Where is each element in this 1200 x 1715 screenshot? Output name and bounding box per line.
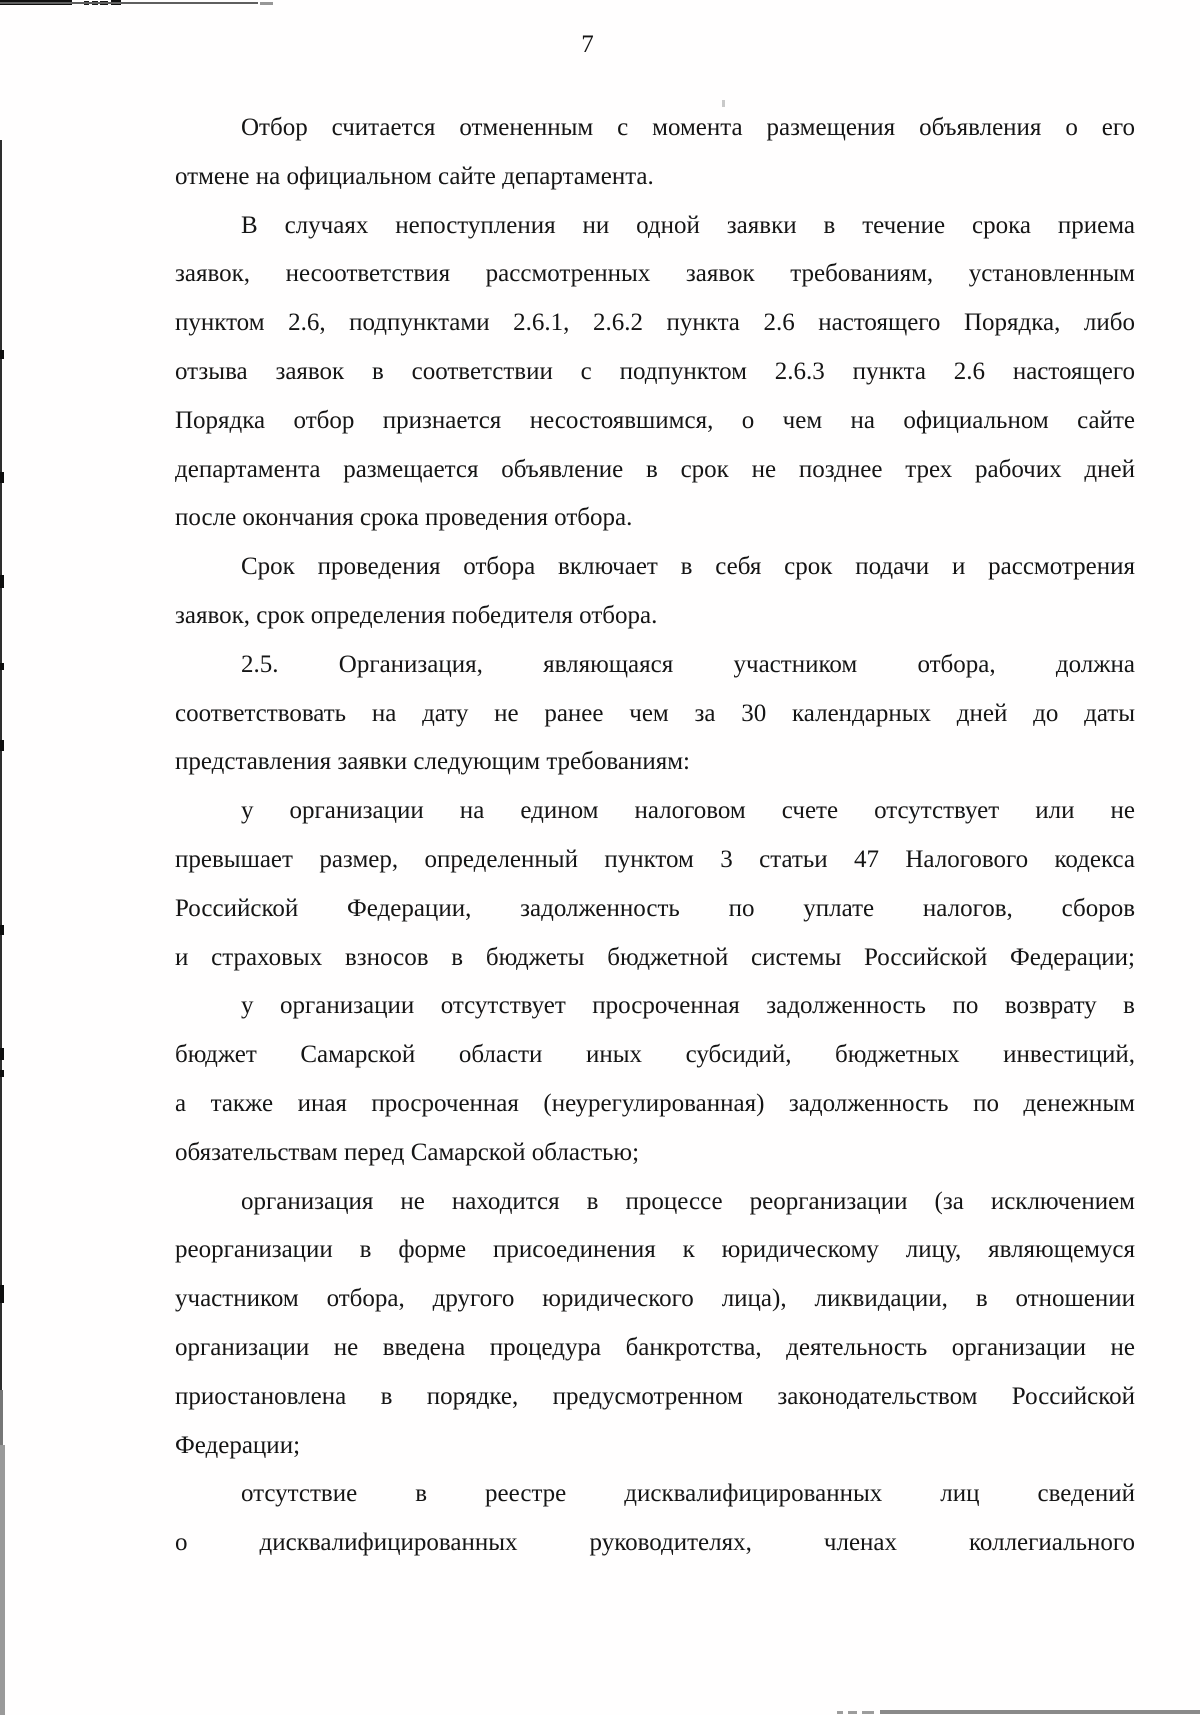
text-line: отмене на официальном сайте департамента… — [175, 153, 1135, 202]
text-line: Российской Федерации, задолженность по у… — [175, 885, 1135, 934]
scan-artifact-blob — [0, 663, 4, 670]
text-line: отсутствие в реестре дисквалифицированны… — [175, 1470, 1135, 1519]
scan-artifact-blob — [0, 350, 4, 359]
text-line: заявок, срок определения победителя отбо… — [175, 592, 1135, 641]
text-line: о дисквалифицированных руководителях, чл… — [175, 1519, 1135, 1568]
scan-artifact-blob — [0, 472, 4, 483]
scan-artifact-left-edge — [0, 1445, 5, 1715]
scan-artifact-bottom-line — [880, 1710, 1200, 1714]
page-background: 7 Отбор считается отмененным с момента р… — [0, 0, 1200, 1715]
scan-artifact-bottom-dash — [837, 1711, 843, 1714]
text-line: после окончания срока проведения отбора. — [175, 494, 1135, 543]
paragraph: Отбор считается отмененным с момента раз… — [175, 104, 1135, 202]
text-line: реорганизации в форме присоединения к юр… — [175, 1226, 1135, 1275]
paragraph: у организации отсутствует просроченная з… — [175, 982, 1135, 1177]
scanned-document-page: { "page": { "number": "7" }, "colors": {… — [0, 0, 1200, 1715]
paragraph: отсутствие в реестре дисквалифицированны… — [175, 1470, 1135, 1568]
paragraph: В случаях непоступления ни одной заявки … — [175, 202, 1135, 544]
text-line: Срок проведения отбора включает в себя с… — [175, 543, 1135, 592]
text-line: Порядка отбор признается несостоявшимся,… — [175, 397, 1135, 446]
scan-artifact-top-dash — [100, 1, 108, 5]
text-line: организация не находится в процессе реор… — [175, 1178, 1135, 1227]
text-line: организации не введена процедура банкрот… — [175, 1324, 1135, 1373]
scan-artifact-left-edge — [0, 1390, 3, 1715]
text-line: Отбор считается отмененным с момента раз… — [175, 104, 1135, 153]
text-line: у организации отсутствует просроченная з… — [175, 982, 1135, 1031]
paragraph: организация не находится в процессе реор… — [175, 1178, 1135, 1471]
paragraph: у организации на едином налоговом счете … — [175, 787, 1135, 982]
scan-artifact-left-edge — [0, 140, 2, 1715]
scan-artifact-blob — [0, 925, 4, 935]
text-line: бюджет Самарской области иных субсидий, … — [175, 1031, 1135, 1080]
text-line: департамента размещается объявление в ср… — [175, 446, 1135, 495]
scan-artifact-blob — [0, 1048, 4, 1060]
text-line: заявок, несоответствия рассмотренных зая… — [175, 250, 1135, 299]
text-line: пунктом 2.6, подпунктами 2.6.1, 2.6.2 пу… — [175, 299, 1135, 348]
scan-artifact-top-dash — [111, 0, 121, 5]
scan-artifact-blob — [0, 740, 4, 751]
text-line: В случаях непоступления ни одной заявки … — [175, 202, 1135, 251]
paragraph: 2.5. Организация, являющаяся участником … — [175, 641, 1135, 787]
scan-artifact-top-dot — [92, 1, 98, 5]
scan-artifact-bottom-dash — [848, 1711, 857, 1714]
text-line: представления заявки следующим требовани… — [175, 738, 1135, 787]
text-line: превышает размер, определенный пунктом 3… — [175, 836, 1135, 885]
text-line: 2.5. Организация, являющаяся участником … — [175, 641, 1135, 690]
paragraph: Срок проведения отбора включает в себя с… — [175, 543, 1135, 641]
text-line: и страховых взносов в бюджеты бюджетной … — [175, 934, 1135, 983]
text-line: приостановлена в порядке, предусмотренно… — [175, 1373, 1135, 1422]
scan-artifact-top-line — [0, 2, 258, 4]
scan-artifact-top-dash — [260, 2, 273, 5]
text-line: а также иная просроченная (неурегулирова… — [175, 1080, 1135, 1129]
scan-artifact-top-dot — [84, 1, 89, 5]
scan-artifact-blob — [0, 1070, 4, 1077]
text-line: соответствовать на дату не ранее чем за … — [175, 690, 1135, 739]
text-line: отзыва заявок в соответствии с подпункто… — [175, 348, 1135, 397]
scan-artifact-bottom-dash — [862, 1711, 874, 1714]
scan-artifact-blob — [0, 1285, 4, 1303]
text-line: Федерации; — [175, 1422, 1135, 1471]
text-line: обязательствам перед Самарской областью; — [175, 1129, 1135, 1178]
page-number: 7 — [0, 30, 1175, 60]
text-line: участником отбора, другого юридического … — [175, 1275, 1135, 1324]
document-body: Отбор считается отмененным с момента раз… — [175, 104, 1135, 1568]
scan-artifact-blob — [0, 575, 4, 588]
text-line: у организации на едином налоговом счете … — [175, 787, 1135, 836]
scan-artifact-top-bar — [0, 0, 72, 5]
